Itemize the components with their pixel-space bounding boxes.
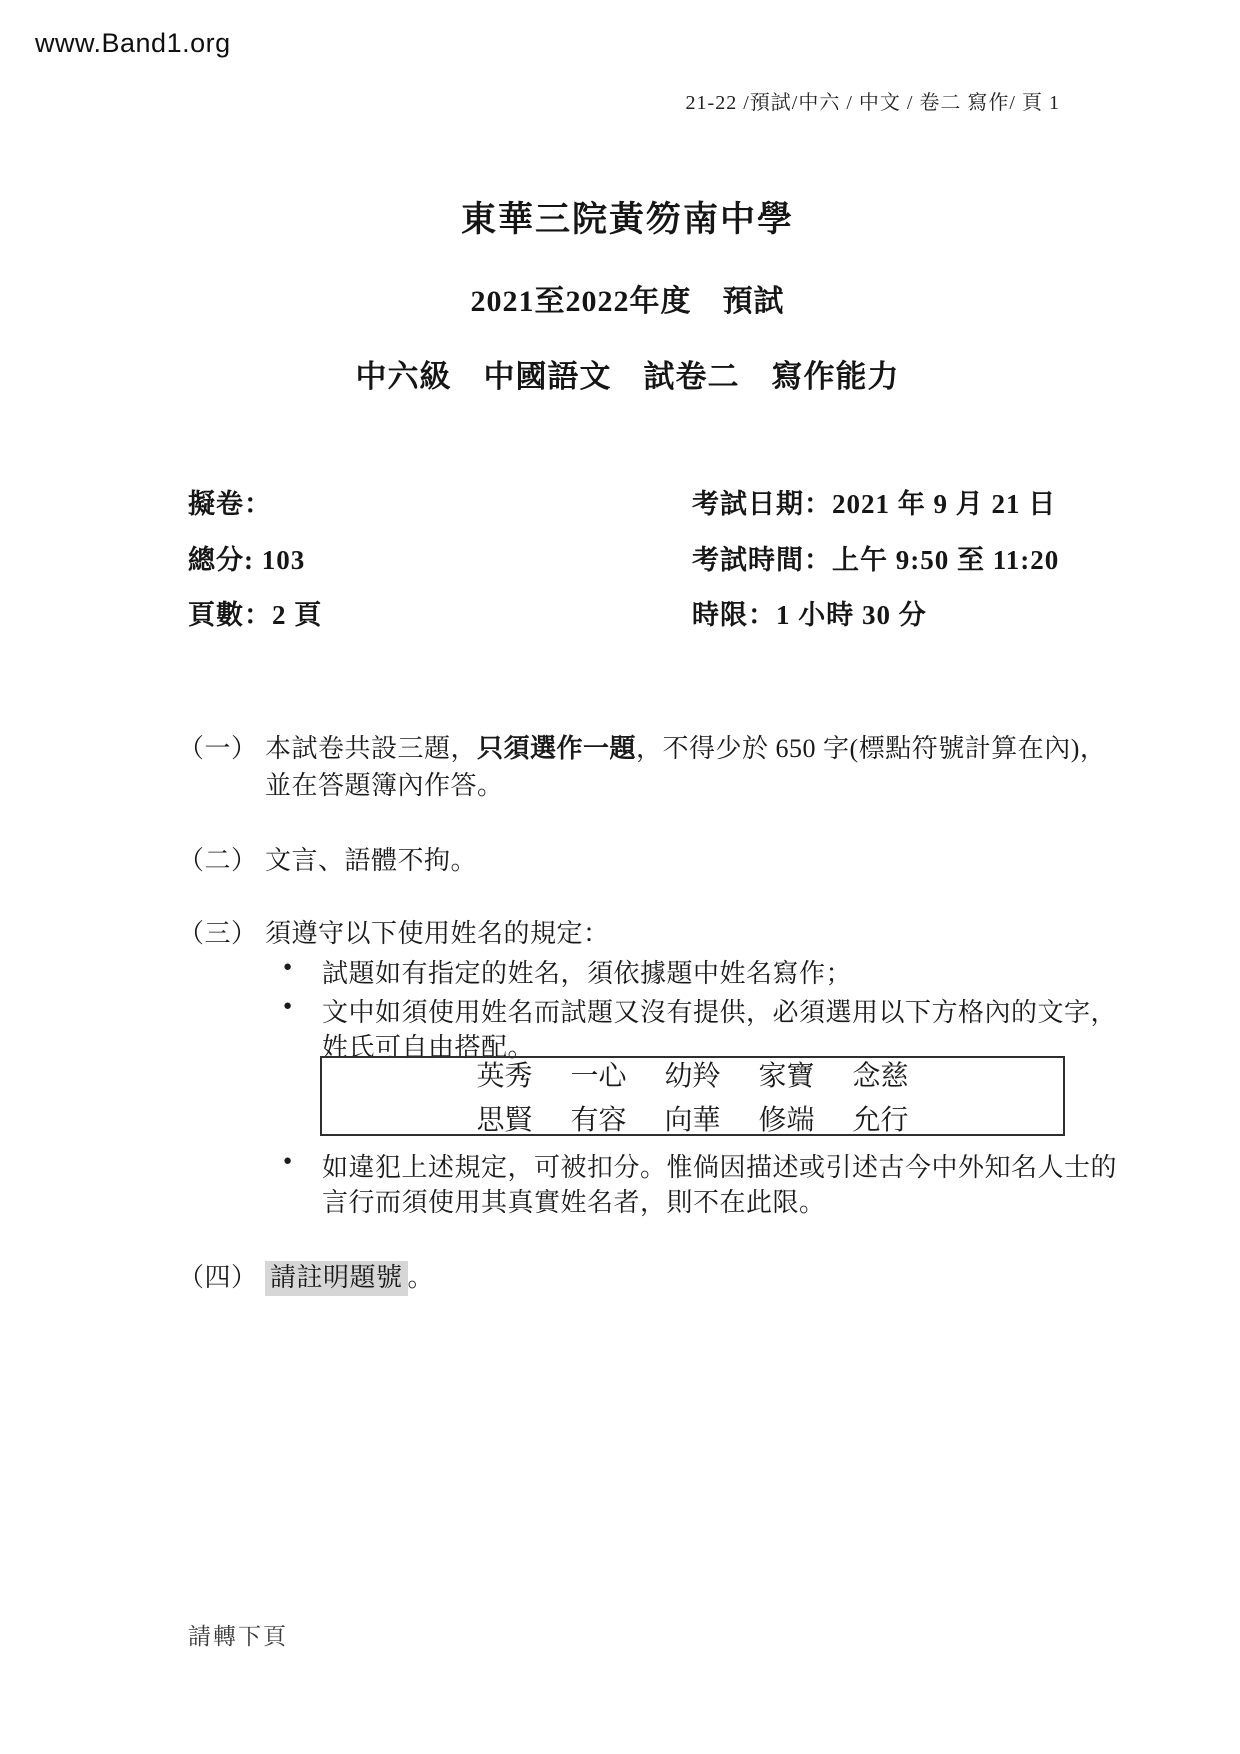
name-option: 一心 [570, 1054, 626, 1094]
exam-year-title: 2021至2022年度 預試 [175, 276, 1080, 320]
name-option: 家寶 [759, 1054, 815, 1094]
name-option: 允行 [853, 1098, 909, 1138]
exam-paper-page: { "page": { "watermark": "www.Band1.org"… [0, 0, 1240, 1754]
rule-bullet-2-line1: 文中如須使用姓名而試題又沒有提供，必須選用以下方格內的文字， [322, 992, 1117, 1029]
name-option: 幼羚 [664, 1054, 720, 1094]
instruction-1-post: ，不得少於 650 字(標點符號計算在內)， [636, 734, 1106, 763]
name-option: 念慈 [853, 1054, 909, 1094]
school-title: 東華三院黃笏南中學 [175, 192, 1080, 242]
bullet-icon: ● [283, 998, 292, 1015]
rule-bullet-1: 試題如有指定的姓名，須依據題中姓名寫作； [322, 953, 852, 990]
rule-bullet-3-line1: 如違犯上述規定，可被扣分。惟倘因描述或引述古今中外知名人士的 [322, 1147, 1117, 1184]
meta-exam-date: 考試日期：2021 年 9 月 21 日 [692, 482, 1056, 521]
meta-exam-time: 考試時間：上午 9:50 至 11:20 [692, 538, 1059, 577]
paper-title: 中六級 中國語文 試卷二 寫作能力 [175, 351, 1080, 396]
highlighted-note: 請註明題號 [265, 1261, 408, 1296]
instruction-3-text: 須遵守以下使用姓名的規定： [265, 913, 610, 950]
instruction-4-period: 。 [408, 1263, 435, 1292]
meta-page-count: 頁數：2 頁 [188, 593, 322, 632]
instruction-1-marker: （一） [178, 728, 258, 765]
instruction-2-text: 文言、語體不拘。 [265, 840, 477, 877]
instruction-1-line1: 本試卷共設三題，只須選作一題，不得少於 650 字(標點符號計算在內)， [265, 728, 1106, 765]
name-row-2: 思賢 有容 向華 修端 允行 [322, 1098, 1063, 1138]
instruction-1-line2: 並在答題簿內作答。 [265, 765, 504, 802]
name-option: 有容 [570, 1098, 626, 1138]
meta-setter: 擬卷： [188, 482, 272, 521]
meta-duration: 時限：1 小時 30 分 [692, 593, 927, 632]
name-option: 思賢 [476, 1098, 532, 1138]
site-watermark: www.Band1.org [35, 28, 231, 59]
turn-page-note: 請轉下頁 [188, 1618, 288, 1651]
instruction-3-marker: （三） [178, 913, 258, 950]
name-option: 向華 [664, 1098, 720, 1138]
name-option: 英秀 [476, 1054, 532, 1094]
page-header-reference: 21-22 /預試/中六 / 中文 / 卷二 寫作/ 頁 1 [686, 86, 1060, 115]
meta-total-marks: 總分: 103 [188, 538, 305, 577]
instruction-1-bold: 只須選作一題 [477, 734, 636, 763]
instruction-2-marker: （二） [178, 840, 258, 877]
name-row-1: 英秀 一心 幼羚 家寶 念慈 [322, 1054, 1063, 1094]
name-choices-box: 英秀 一心 幼羚 家寶 念慈 思賢 有容 向華 修端 允行 [320, 1056, 1065, 1136]
rule-bullet-3-line2: 言行而須使用其真實姓名者，則不在此限。 [322, 1182, 826, 1219]
instruction-4-marker: （四） [178, 1257, 258, 1294]
bullet-icon: ● [283, 959, 292, 976]
name-option: 修端 [759, 1098, 815, 1138]
instruction-4-text: 請註明題號。 [265, 1257, 434, 1294]
instruction-1-pre: 本試卷共設三題， [265, 734, 477, 763]
bullet-icon: ● [283, 1153, 292, 1170]
